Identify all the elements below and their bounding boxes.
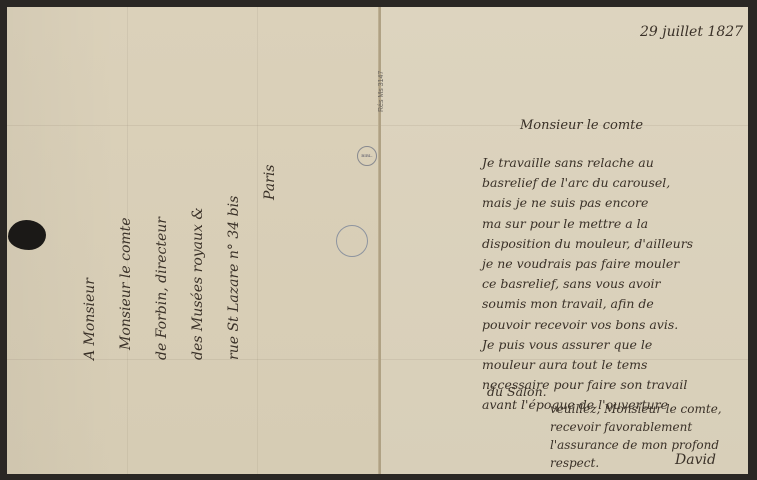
- address-block: A Monsieur Monsieur le comte de Forbin, …: [72, 165, 288, 361]
- body-line: je ne voudrais pas faire mouler: [482, 254, 693, 274]
- letter-body: Je travaille sans relache au basrelief d…: [482, 153, 693, 415]
- letter-date: 29 juillet 1827: [640, 24, 743, 40]
- body-line: du Salon.: [487, 384, 547, 399]
- body-line: ma sur pour le mettre a la: [482, 214, 693, 234]
- closing-line: recevoir favorablement: [550, 418, 722, 436]
- address-line: Monsieur le comte: [108, 165, 144, 361]
- closing-line: veuillez, Monsieur le comte,: [550, 400, 722, 418]
- address-line: rue St Lazare n° 34 bis: [216, 165, 252, 361]
- body-line: ce basrelief, sans vous avoir: [482, 274, 693, 294]
- body-line: mouleur aura tout le tems: [482, 355, 693, 375]
- body-line: mais je ne suis pas encore: [482, 193, 693, 213]
- address-line: Paris: [252, 165, 288, 361]
- address-line: de Forbin, directeur: [144, 165, 180, 361]
- body-line: basrelief de l'arc du carousel,: [482, 173, 693, 193]
- body-line: Je puis vous assurer que le: [482, 335, 693, 355]
- body-line: Je travaille sans relache au: [482, 153, 693, 173]
- address-line: des Musées royaux &: [180, 165, 216, 361]
- address-line: A Monsieur: [72, 165, 108, 361]
- letter-salutation: Monsieur le comte: [520, 118, 643, 133]
- signature: David: [675, 452, 716, 468]
- seal-mark: [336, 225, 368, 257]
- body-line: disposition du mouleur, d'ailleurs: [482, 234, 693, 254]
- body-line: pouvoir recevoir vos bons avis.: [482, 315, 693, 335]
- catalog-number: Rés Ms 3147: [378, 71, 385, 112]
- seal-hole: [8, 220, 46, 250]
- library-stamp: BIBL.: [357, 146, 377, 166]
- fold-line: [7, 125, 379, 126]
- body-line: soumis mon travail, afin de: [482, 294, 693, 314]
